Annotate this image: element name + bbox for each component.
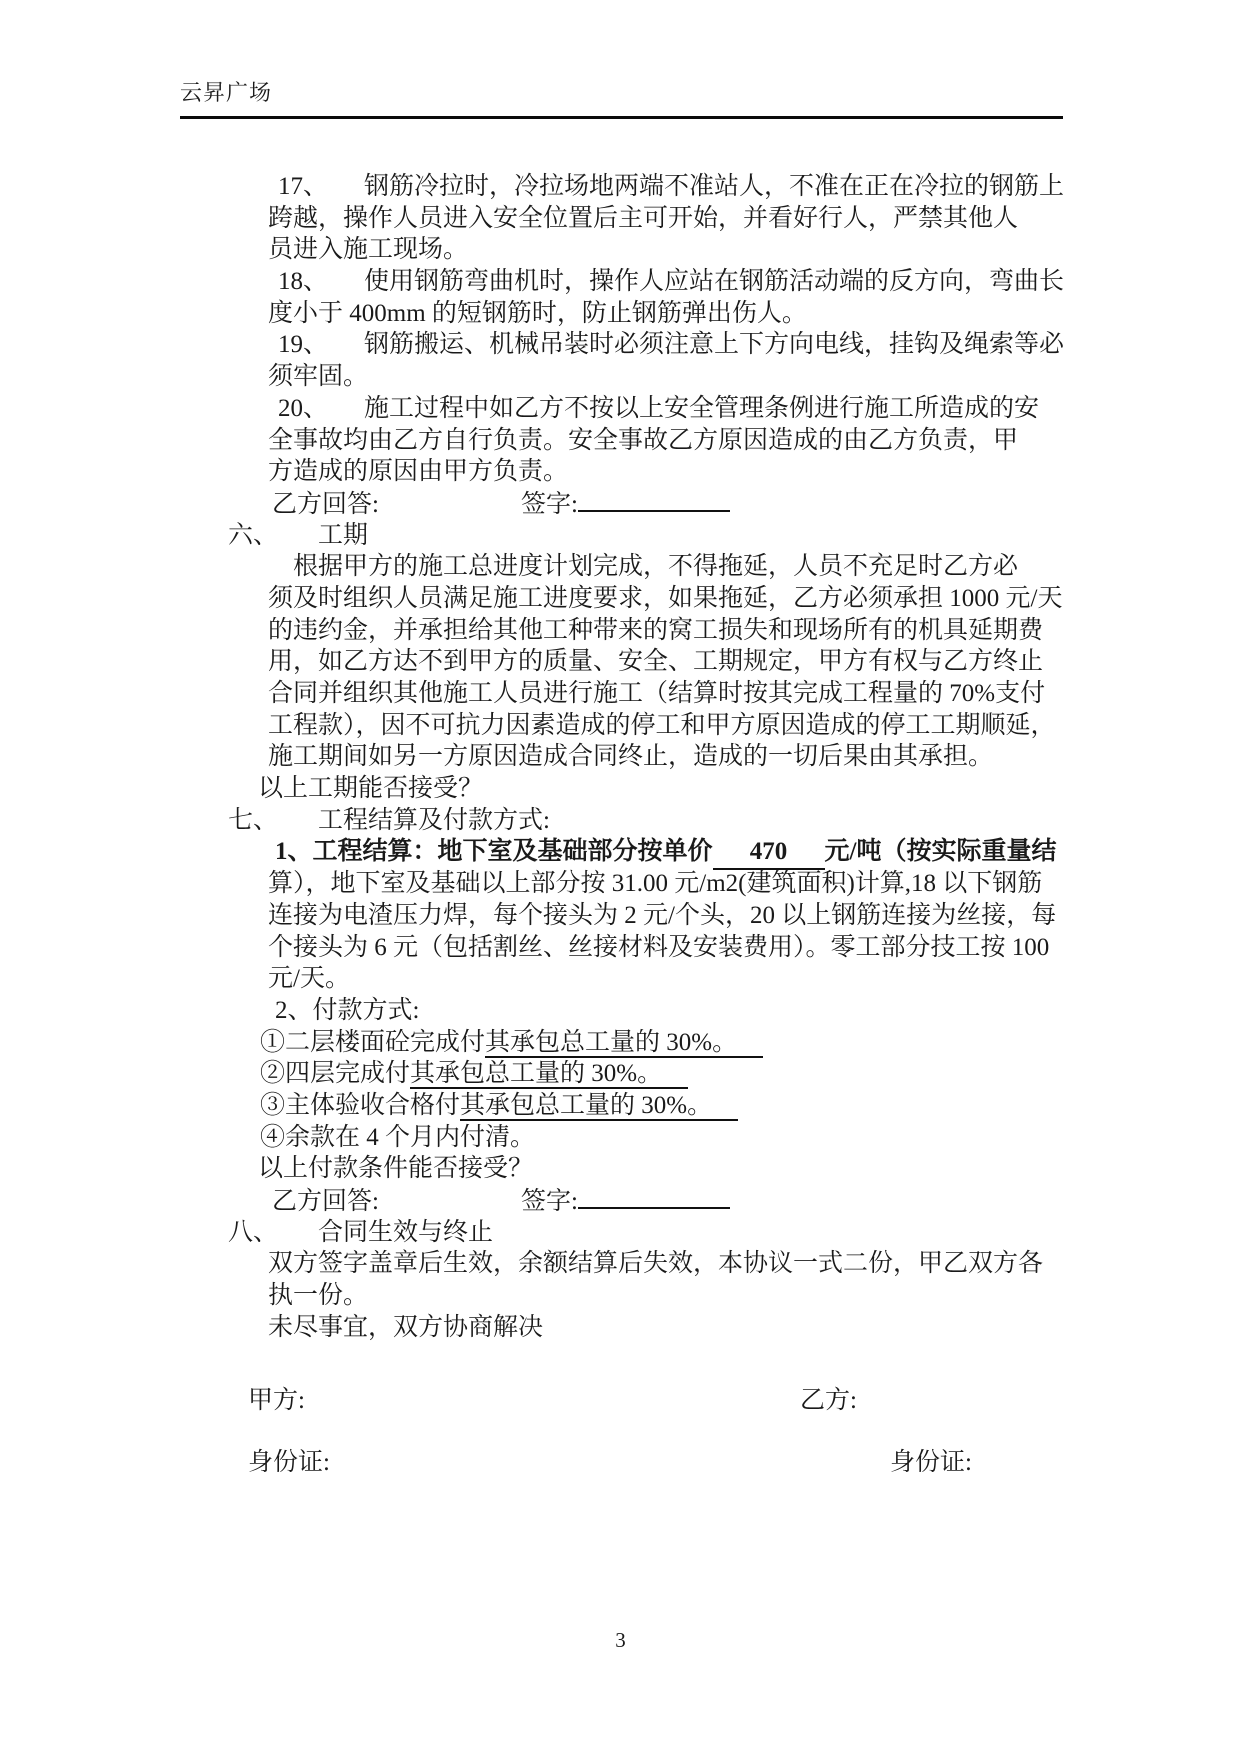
list-number: 七、 (228, 805, 318, 837)
text-line: 用，如乙方达不到甲方的质量、安全、工期规定，甲方有权与乙方终止 (268, 646, 1075, 678)
section-title: 工期 (318, 522, 368, 549)
payment-percent-3: 其承包总工量的 30%。 (460, 1092, 738, 1121)
text-segment: 元/吨（按实际重量结 (825, 838, 1057, 865)
party-b-reply-line: 乙方回答:签字: (272, 488, 1075, 520)
text-segment: ①二层楼面砼完成付 (260, 1029, 485, 1056)
text-line: 方造成的原因由甲方负责。 (268, 456, 1075, 488)
text-segment: 施工期间如另一方原因造成合同终止，造成的一切后果由其承担。 (268, 743, 993, 770)
text-line: 施工期间如另一方原因造成合同终止，造成的一切后果由其承担。 (268, 741, 1075, 773)
text-segment: 钢筋冷拉时，冷拉场地两端不准站人，不准在正在冷拉的钢筋上 (364, 173, 1064, 200)
payment-accept-question: 以上付款条件能否接受？ (258, 1153, 1075, 1185)
text-line: 的违约金，并承担给其他工种带来的窝工损失和现场所有的机具延期费 (268, 615, 1075, 647)
text-segment: 未尽事宜，双方协商解决 (268, 1314, 543, 1341)
text-line: 算），地下室及基础以上部分按 31.00 元/m2(建筑面积)计算,18 以下钢… (268, 868, 1075, 900)
section-6-heading: 六、工期 (228, 520, 1075, 552)
text-line: 个接头为 6 元（包括割丝、丝接材料及安装费用）。零工部分技工按 100 (268, 932, 1075, 964)
payment-step-1: ①二层楼面砼完成付其承包总工量的 30%。 (260, 1027, 1075, 1059)
payment-percent-2: 其承包总工量的 30%。 (410, 1060, 688, 1089)
signature-blank-line (578, 488, 730, 512)
page-number: 3 (0, 1628, 1241, 1653)
text-segment: ④余款在 4 个月内付清。 (260, 1124, 535, 1151)
item-19-line: 19、钢筋搬运、机械吊装时必须注意上下方向电线，挂钩及绳索等必 (278, 329, 1075, 361)
document-lines: 17、钢筋冷拉时，冷拉场地两端不准站人，不准在正在冷拉的钢筋上跨越，操作人员进入… (180, 171, 1075, 1479)
text-segment: ②四层完成付 (260, 1060, 410, 1087)
text-segment: 方造成的原因由甲方负责。 (268, 458, 568, 485)
page-content: 云昇广场 17、钢筋冷拉时，冷拉场地两端不准站人，不准在正在冷拉的钢筋上跨越，操… (180, 0, 1075, 1479)
list-number: 六、 (228, 520, 318, 552)
text-line: 度小于 400mm 的短钢筋时，防止钢筋弹出伤人。 (268, 298, 1075, 330)
payment-percent-1: 其承包总工量的 30%。 (485, 1029, 763, 1058)
text-line: 执一份。 (268, 1280, 1075, 1312)
text-line: 全事故均由乙方自行负责。安全事故乙方原因造成的由乙方负责，甲 (268, 425, 1075, 457)
contract-page: 云昇广场 17、钢筋冷拉时，冷拉场地两端不准站人，不准在正在冷拉的钢筋上跨越，操… (0, 0, 1241, 1754)
section-title: 工程结算及付款方式: (318, 807, 550, 834)
id-number-row: 身份证:身份证: (248, 1447, 1075, 1479)
section-7-heading: 七、工程结算及付款方式: (228, 805, 1075, 837)
text-line: 元/天。 (268, 963, 1075, 995)
text-line: 须牢固。 (268, 361, 1075, 393)
party-b-reply-label: 乙方回答: (272, 491, 379, 518)
item-18-line: 18、使用钢筋弯曲机时，操作人应站在钢筋活动端的反方向，弯曲长 (278, 266, 1075, 298)
text-segment: 施工过程中如乙方不按以上安全管理条例进行施工所造成的安 (364, 395, 1039, 422)
party-a-id-label: 身份证: (248, 1449, 330, 1476)
text-line: 双方签字盖章后生效，余额结算后失效，本协议一式二份，甲乙双方各 (268, 1248, 1075, 1280)
payment-method-heading: 2、付款方式: (275, 995, 1075, 1027)
signature-blank-line (578, 1185, 730, 1209)
unresolved-matters-line: 未尽事宜，双方协商解决 (268, 1312, 1075, 1344)
text-segment: 的违约金，并承担给其他工种带来的窝工损失和现场所有的机具延期费 (268, 617, 1043, 644)
party-b-reply-label: 乙方回答: (272, 1188, 379, 1215)
text-segment: 全事故均由乙方自行负责。安全事故乙方原因造成的由乙方负责，甲 (268, 427, 1018, 454)
text-line: 合同并组织其他施工人员进行施工（结算时按其完成工程量的 70%支付 (268, 678, 1075, 710)
text-line: 须及时组织人员满足施工进度要求，如果拖延，乙方必须承担 1000 元/天 (268, 583, 1075, 615)
list-number: 20、 (278, 393, 364, 425)
text-segment: 员进入施工现场。 (268, 236, 468, 263)
text-segment: 须牢固。 (268, 363, 368, 390)
text-line: 员进入施工现场。 (268, 234, 1075, 266)
list-number: 19、 (278, 329, 364, 361)
text-segment: 使用钢筋弯曲机时，操作人应站在钢筋活动端的反方向，弯曲长 (364, 268, 1064, 295)
text-segment: 双方签字盖章后生效，余额结算后失效，本协议一式二份，甲乙双方各 (268, 1250, 1043, 1277)
party-a-label: 甲方: (248, 1387, 305, 1414)
signature-label: 签字: (521, 1188, 578, 1215)
text-segment: 须及时组织人员满足施工进度要求，如果拖延，乙方必须承担 1000 元/天 (268, 585, 1062, 612)
party-signature-row: 甲方:乙方: (248, 1385, 1075, 1417)
header-title: 云昇广场 (180, 76, 1075, 107)
text-segment: 2、付款方式: (275, 997, 419, 1024)
signature-label: 签字: (521, 491, 578, 518)
text-segment: 连接为电渣压力焊，每个接头为 2 元/个头，20 以上钢筋连接为丝接，每 (268, 902, 1056, 929)
payment-step-2: ②四层完成付其承包总工量的 30%。 (260, 1058, 1075, 1090)
text-segment: 个接头为 6 元（包括割丝、丝接材料及安装费用）。零工部分技工按 100 (268, 934, 1049, 961)
page-header: 云昇广场 (180, 0, 1075, 119)
text-segment: 以上付款条件能否接受？ (258, 1155, 533, 1182)
section-8-heading: 八、合同生效与终止 (228, 1217, 1075, 1249)
payment-step-4: ④余款在 4 个月内付清。 (260, 1122, 1075, 1154)
text-segment: 度小于 400mm 的短钢筋时，防止钢筋弹出伤人。 (268, 300, 807, 327)
unit-price-value: 470 (713, 836, 825, 870)
text-segment: 元/天。 (268, 965, 350, 992)
text-segment: 工程款），因不可抗力因素造成的停工和甲方原因造成的停工工期顺延， (268, 712, 1056, 739)
text-line: 工程款），因不可抗力因素造成的停工和甲方原因造成的停工工期顺延， (268, 710, 1075, 742)
text-segment: 合同并组织其他施工人员进行施工（结算时按其完成工程量的 70%支付 (268, 680, 1045, 707)
text-line: 连接为电渣压力焊，每个接头为 2 元/个头，20 以上钢筋连接为丝接，每 (268, 900, 1075, 932)
list-number: 17、 (278, 171, 364, 203)
item-20-line: 20、施工过程中如乙方不按以上安全管理条例进行施工所造成的安 (278, 393, 1075, 425)
text-segment: 以上工期能否接受？ (258, 775, 483, 802)
party-b-reply-line: 乙方回答:签字: (272, 1185, 1075, 1217)
list-number: 八、 (228, 1217, 318, 1249)
header-rule (180, 116, 1063, 119)
text-segment: 执一份。 (268, 1282, 368, 1309)
payment-step-3: ③主体验收合格付其承包总工量的 30%。 (260, 1090, 1075, 1122)
text-line: 跨越，操作人员进入安全位置后主可开始，并看好行人，严禁其他人 (268, 203, 1075, 235)
list-number: 18、 (278, 266, 364, 298)
text-segment: ③主体验收合格付 (260, 1092, 460, 1119)
party-b-id-label: 身份证: (890, 1447, 972, 1479)
item-17-line: 17、钢筋冷拉时，冷拉场地两端不准站人，不准在正在冷拉的钢筋上 (278, 171, 1075, 203)
schedule-accept-question: 以上工期能否接受？ (258, 773, 1075, 805)
text-segment: 算），地下室及基础以上部分按 31.00 元/m2(建筑面积)计算,18 以下钢… (268, 870, 1042, 897)
text-segment: 1、工程结算：地下室及基础部分按单价 (275, 838, 713, 865)
settlement-clause-line: 1、工程结算：地下室及基础部分按单价470元/吨（按实际重量结 (275, 836, 1075, 868)
section-title: 合同生效与终止 (318, 1219, 493, 1246)
text-line: 根据甲方的施工总进度计划完成，不得拖延，人员不充足时乙方必 (293, 551, 1075, 583)
text-segment: 钢筋搬运、机械吊装时必须注意上下方向电线，挂钩及绳索等必 (364, 331, 1064, 358)
text-segment: 用，如乙方达不到甲方的质量、安全、工期规定，甲方有权与乙方终止 (268, 648, 1043, 675)
text-segment: 根据甲方的施工总进度计划完成，不得拖延，人员不充足时乙方必 (293, 553, 1018, 580)
text-segment: 跨越，操作人员进入安全位置后主可开始，并看好行人，严禁其他人 (268, 205, 1018, 232)
party-b-label: 乙方: (800, 1385, 857, 1417)
